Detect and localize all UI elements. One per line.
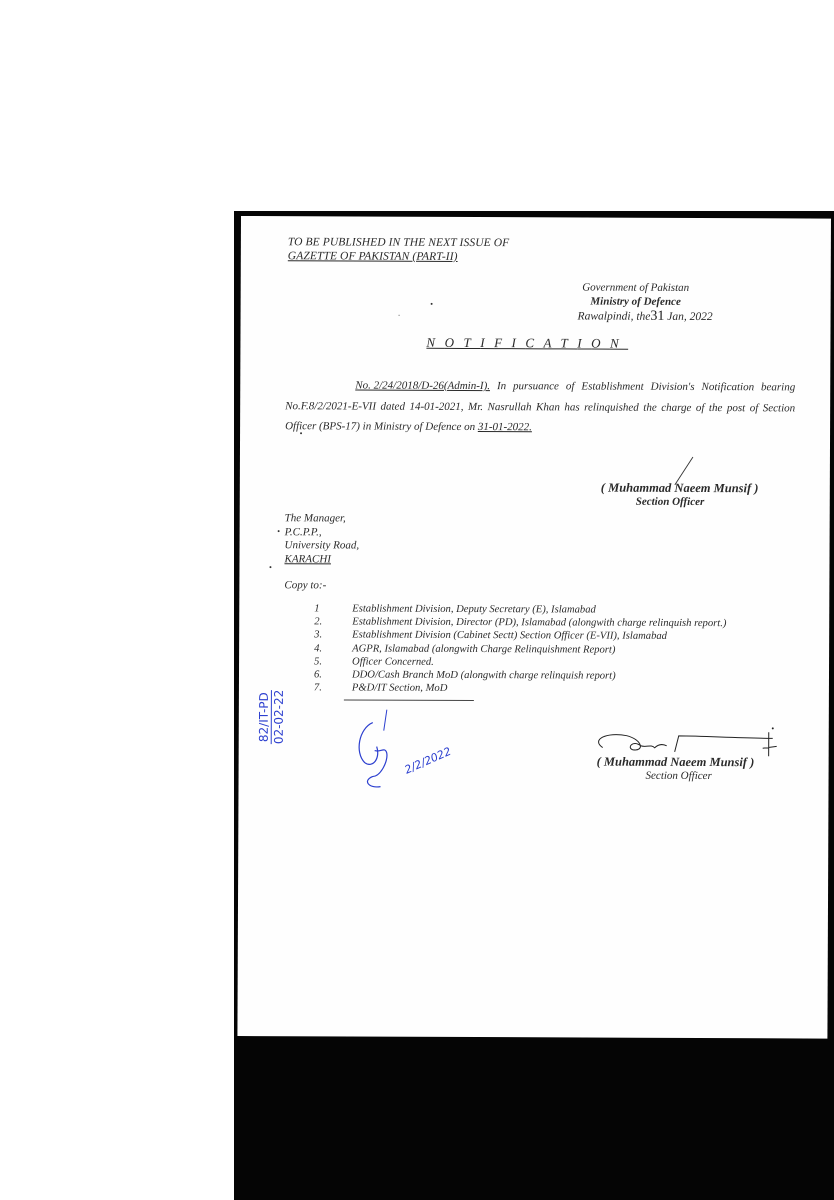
notification-body: No. 2/24/2018/D-26(Admin-I). In pursuanc… xyxy=(285,375,795,439)
scan-speck xyxy=(431,303,433,305)
issuer-government: Government of Pakistan xyxy=(556,281,716,294)
addressee-line1: The Manager, xyxy=(285,512,360,526)
signatory-name-1: ( Muhammad Naeem Munsif ) xyxy=(601,481,759,497)
document-page: TO BE PUBLISHED IN THE NEXT ISSUE OF GAZ… xyxy=(237,216,831,1039)
copy-to-label: Copy to:- xyxy=(284,579,326,591)
handwritten-diary-note: 82/IT-PD 02-02-22 xyxy=(227,689,256,744)
effective-date: 31-01-2022. xyxy=(478,421,532,433)
scan-speck xyxy=(399,315,400,316)
publish-instruction-line1: TO BE PUBLISHED IN THE NEXT ISSUE OF xyxy=(288,236,509,249)
issuer-place-date: Rawalpindi, the31 Jan, 2022 xyxy=(578,308,713,325)
list-underline xyxy=(344,699,474,701)
signatory-designation-2: Section Officer xyxy=(646,770,712,782)
reference-number: No. 2/24/2018/D-26(Admin-I). xyxy=(355,376,490,397)
scan-speck xyxy=(278,530,280,532)
addressee-city: KARACHI xyxy=(284,553,359,567)
signatory-name-2: ( Muhammad Naeem Munsif ) xyxy=(597,755,755,771)
addressee-block: The Manager, P.C.P.P., University Road, … xyxy=(284,512,359,566)
diary-note-bottom: 02-02-22 xyxy=(272,690,286,745)
publish-instruction-line2: GAZETTE OF PAKISTAN (PART-II) xyxy=(288,250,458,263)
copy-to-list: 1Establishment Division, Deputy Secretar… xyxy=(314,602,727,696)
notification-title: NOTIFICATION xyxy=(426,335,628,352)
place-date-prefix: Rawalpindi, the xyxy=(578,310,651,322)
handwritten-day: 31 xyxy=(650,309,664,324)
scan-speck xyxy=(269,566,271,568)
diary-note-top: 82/IT-PD xyxy=(257,690,272,745)
handwritten-initials-icon xyxy=(350,706,480,807)
place-date-month-year: Jan, 2022 xyxy=(667,311,712,323)
issuer-ministry: Ministry of Defence xyxy=(556,295,716,308)
signatory-designation-1: Section Officer xyxy=(636,496,705,508)
list-item: 7.P&D/IT Section, MoD xyxy=(314,682,726,697)
scan-speck xyxy=(300,432,302,434)
addressee-line3: University Road, xyxy=(285,539,360,553)
addressee-line2: P.C.P.P., xyxy=(285,526,360,540)
